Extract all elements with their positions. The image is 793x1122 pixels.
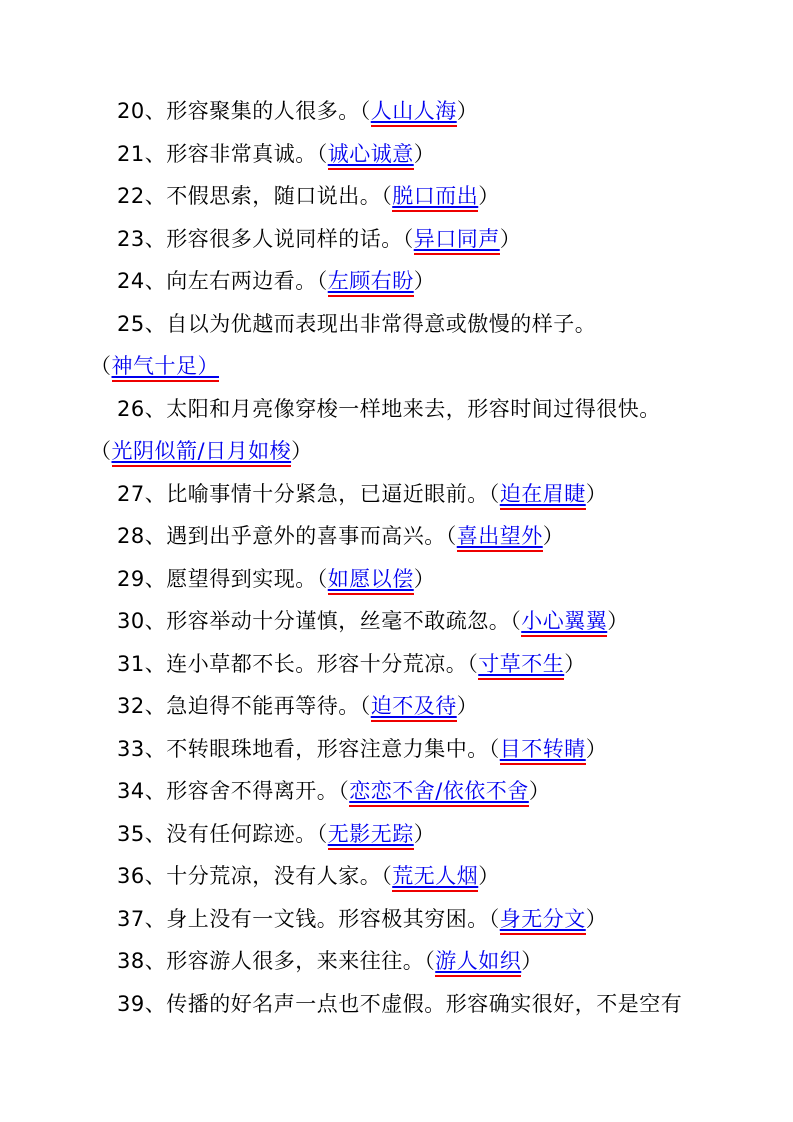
paren-close: ） [521,949,543,973]
idiom-line: 39、传播的好名声一点也不虚假。形容确实很好，不是空有 [90,983,743,1026]
answer-link[interactable]: 寸草不生 [478,652,564,680]
item-number: 26、 [117,397,166,421]
item-description: 自以为优越而表现出非常得意或傲慢的样子。 [166,312,596,336]
paren-open: （ [489,737,500,761]
item-number: 33、 [117,737,166,761]
paren-close: ） [478,864,500,888]
idiom-line: 27、比喻事情十分紧急，已逼近眼前。（迫在眉睫） [90,473,743,516]
item-description: 没有任何踪迹。 [166,822,317,846]
item-description: 向左右两边看。 [166,269,317,293]
paren-close: ） [607,609,629,633]
answer-link[interactable]: 神气十足） [112,354,220,382]
item-number: 34、 [117,779,166,803]
answer-link[interactable]: 光阴似箭/日月如梭 [112,439,292,467]
idiom-answer-line: （神气十足） [90,345,743,388]
item-number: 36、 [117,864,166,888]
paren-open: （ [317,142,328,166]
paren-close: ） [543,524,565,548]
paren-open: （ [90,354,112,378]
idiom-line: 35、没有任何踪迹。（无影无踪） [90,813,743,856]
item-number: 37、 [117,907,166,931]
item-description: 比喻事情十分紧急，已逼近眼前。 [166,482,489,506]
idiom-list: 20、形容聚集的人很多。（人山人海）21、形容非常真诚。（诚心诚意）22、不假思… [90,90,743,1025]
answer-link[interactable]: 喜出望外 [457,524,543,552]
item-description: 形容举动十分谨慎，丝毫不敢疏忽。 [166,609,510,633]
paren-close: ） [414,142,436,166]
paren-open: （ [403,227,414,251]
paren-close: ） [457,694,479,718]
paren-open: （ [489,907,500,931]
item-number: 29、 [117,567,166,591]
item-number: 28、 [117,524,166,548]
paren-open: （ [381,184,392,208]
answer-link[interactable]: 身无分文 [500,907,586,935]
item-description: 愿望得到实现。 [166,567,317,591]
paren-close: ） [529,779,551,803]
item-description: 太阳和月亮像穿梭一样地来去，形容时间过得很快。 [166,397,661,421]
answer-link[interactable]: 恋恋不舍/依依不舍 [349,779,529,807]
item-number: 35、 [117,822,166,846]
answer-link[interactable]: 荒无人烟 [392,864,478,892]
paren-close: ） [414,567,436,591]
paren-close: ） [586,737,608,761]
paren-open: （ [467,652,478,676]
answer-link[interactable]: 小心翼翼 [521,609,607,637]
paren-open: （ [317,567,328,591]
idiom-line: 32、急迫得不能再等待。（迫不及待） [90,685,743,728]
paren-open: （ [489,482,500,506]
answer-link[interactable]: 脱口而出 [392,184,478,212]
paren-open: （ [381,864,392,888]
answer-link[interactable]: 左顾右盼 [328,269,414,297]
idiom-line: 26、太阳和月亮像穿梭一样地来去，形容时间过得很快。 [90,388,743,431]
paren-close: ） [291,439,313,463]
paren-close: ） [414,822,436,846]
item-number: 25、 [117,312,166,336]
answer-link[interactable]: 目不转睛 [500,737,586,765]
answer-link[interactable]: 迫不及待 [371,694,457,722]
paren-open: （ [510,609,521,633]
item-description: 急迫得不能再等待。 [166,694,360,718]
paren-open: （ [90,439,112,463]
idiom-line: 20、形容聚集的人很多。（人山人海） [90,90,743,133]
paren-open: （ [360,694,371,718]
idiom-line: 34、形容舍不得离开。（恋恋不舍/依依不舍） [90,770,743,813]
idiom-answer-line: （光阴似箭/日月如梭） [90,430,743,473]
document-page: 20、形容聚集的人很多。（人山人海）21、形容非常真诚。（诚心诚意）22、不假思… [0,0,793,1122]
item-description: 形容很多人说同样的话。 [166,227,403,251]
paren-open: （ [317,822,328,846]
item-description: 形容聚集的人很多。 [166,99,360,123]
item-number: 27、 [117,482,166,506]
item-description: 身上没有一文钱。形容极其穷困。 [166,907,489,931]
item-number: 23、 [117,227,166,251]
item-description: 不假思索，随口说出。 [166,184,381,208]
answer-link[interactable]: 诚心诚意 [328,142,414,170]
item-number: 24、 [117,269,166,293]
item-description: 遇到出乎意外的喜事而高兴。 [166,524,446,548]
item-description: 形容游人很多，来来往往。 [166,949,424,973]
item-description: 形容舍不得离开。 [166,779,338,803]
paren-open: （ [338,779,349,803]
idiom-line: 21、形容非常真诚。（诚心诚意） [90,133,743,176]
idiom-line: 37、身上没有一文钱。形容极其穷困。（身无分文） [90,898,743,941]
paren-open: （ [360,99,371,123]
idiom-line: 28、遇到出乎意外的喜事而高兴。（喜出望外） [90,515,743,558]
item-number: 30、 [117,609,166,633]
item-description: 连小草都不长。形容十分荒凉。 [166,652,467,676]
idiom-line: 25、自以为优越而表现出非常得意或傲慢的样子。 [90,303,743,346]
paren-close: ） [457,99,479,123]
idiom-line: 30、形容举动十分谨慎，丝毫不敢疏忽。（小心翼翼） [90,600,743,643]
idiom-line: 33、不转眼珠地看，形容注意力集中。（目不转睛） [90,728,743,771]
answer-link[interactable]: 异口同声 [414,227,500,255]
item-number: 22、 [117,184,166,208]
paren-open: （ [446,524,457,548]
answer-link[interactable]: 迫在眉睫 [500,482,586,510]
item-description: 形容非常真诚。 [166,142,317,166]
item-number: 20、 [117,99,166,123]
idiom-line: 36、十分荒凉，没有人家。（荒无人烟） [90,855,743,898]
answer-link[interactable]: 游人如织 [435,949,521,977]
item-description: 十分荒凉，没有人家。 [166,864,381,888]
paren-close: ） [414,269,436,293]
paren-open: （ [424,949,435,973]
item-number: 39、 [117,992,166,1016]
idiom-line: 22、不假思索，随口说出。（脱口而出） [90,175,743,218]
answer-link[interactable]: 如愿以偿 [328,567,414,595]
item-number: 31、 [117,652,166,676]
paren-close: ） [586,482,608,506]
item-description: 不转眼珠地看，形容注意力集中。 [166,737,489,761]
idiom-line: 24、向左右两边看。（左顾右盼） [90,260,743,303]
item-number: 21、 [117,142,166,166]
idiom-line: 31、连小草都不长。形容十分荒凉。（寸草不生） [90,643,743,686]
paren-open: （ [317,269,328,293]
paren-close: ） [500,227,522,251]
idiom-line: 38、形容游人很多，来来往往。（游人如织） [90,940,743,983]
paren-close: ） [564,652,586,676]
paren-close: ） [478,184,500,208]
idiom-line: 23、形容很多人说同样的话。（异口同声） [90,218,743,261]
answer-link[interactable]: 无影无踪 [328,822,414,850]
item-description: 传播的好名声一点也不虚假。形容确实很好，不是空有 [166,992,682,1016]
idiom-line: 29、愿望得到实现。（如愿以偿） [90,558,743,601]
item-number: 32、 [117,694,166,718]
answer-link[interactable]: 人山人海 [371,99,457,127]
item-number: 38、 [117,949,166,973]
paren-close: ） [586,907,608,931]
